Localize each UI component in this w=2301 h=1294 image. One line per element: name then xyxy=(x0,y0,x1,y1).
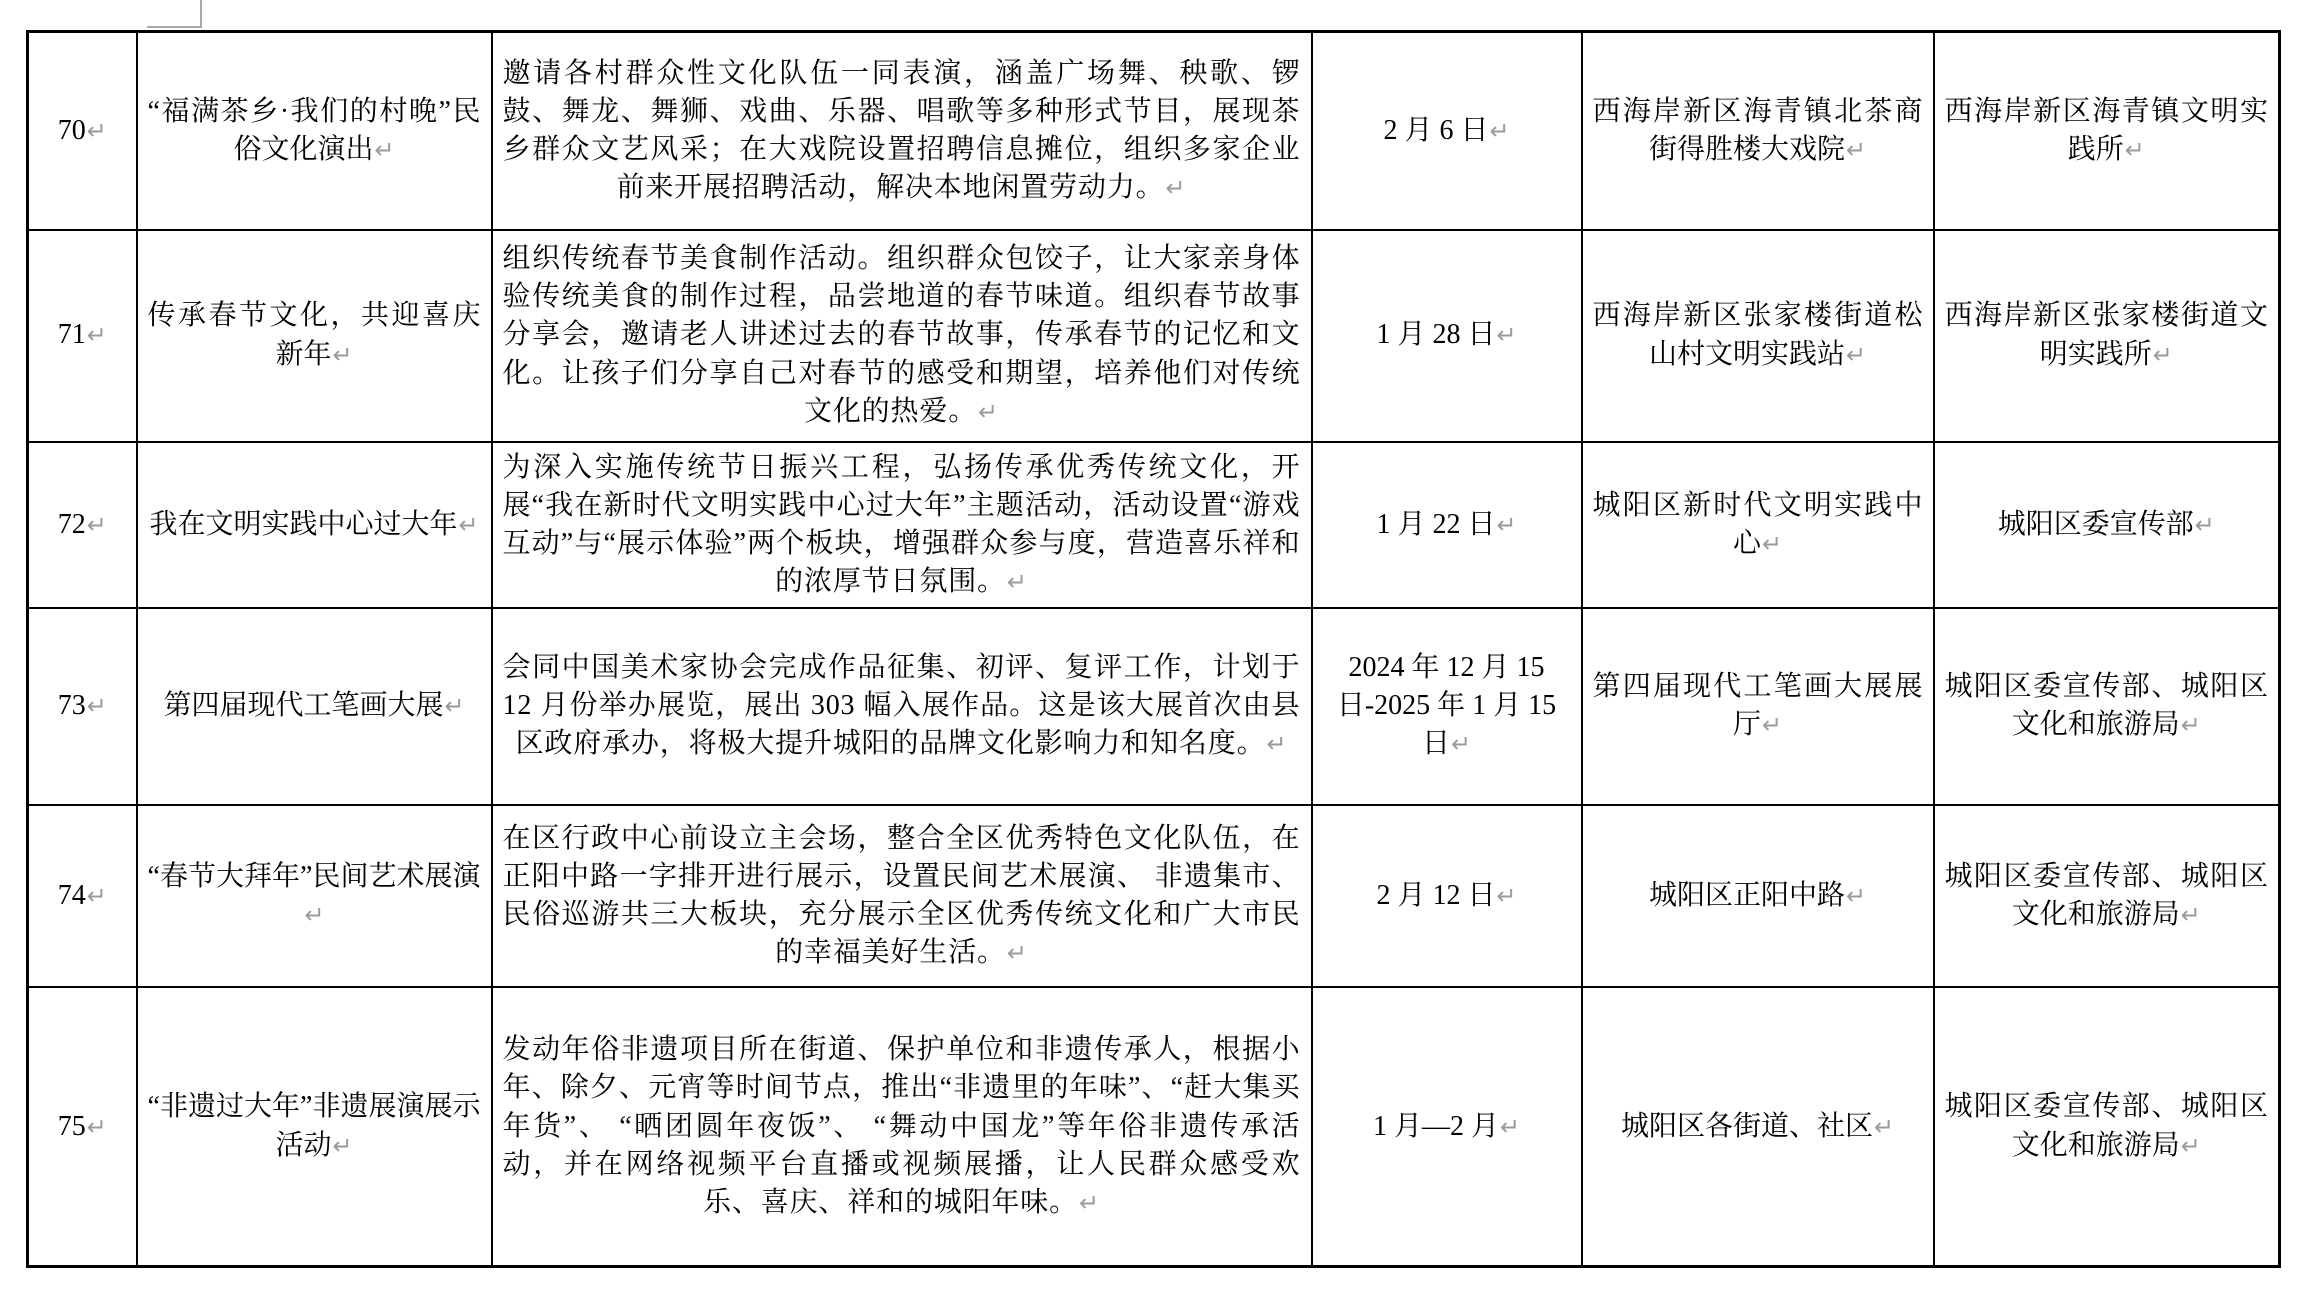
organizer-cell[interactable]: 城阳区委宣传部↵ xyxy=(1934,442,2280,608)
paragraph-mark: ↵ xyxy=(1495,882,1516,910)
row-number-text: 73 xyxy=(58,690,86,721)
paragraph-mark: ↵ xyxy=(2180,711,2201,739)
organizer-text: 城阳区委宣传部 xyxy=(1998,509,2194,540)
paragraph-mark: ↵ xyxy=(1845,136,1866,164)
paragraph-mark: ↵ xyxy=(977,398,999,426)
activity-name-text: 第四届现代工笔画大展 xyxy=(163,690,443,721)
paragraph-mark: ↵ xyxy=(2124,136,2145,164)
row-number-text: 72 xyxy=(58,509,86,540)
row-number-cell[interactable]: 75↵ xyxy=(28,987,137,1267)
paragraph-mark: ↵ xyxy=(86,117,107,145)
date-cell[interactable]: 2 月 6 日↵ xyxy=(1312,32,1582,230)
paragraph-mark: ↵ xyxy=(86,882,107,910)
activity-description-text: 在区行政中心前设立主会场，整合全区优秀特色文化队伍，在正阳中路一字排开进行展示，… xyxy=(503,823,1301,968)
activity-name-cell[interactable]: “福满茶乡·我们的村晚”民俗文化演出↵ xyxy=(137,32,492,230)
paragraph-mark: ↵ xyxy=(1499,1113,1520,1141)
page-break-gridline-mark-horizontal xyxy=(147,26,202,28)
organizer-text: 城阳区委宣传部、城阳区文化和旅游局 xyxy=(1945,671,2269,740)
row-number-cell[interactable]: 74↵ xyxy=(28,805,137,987)
date-text: 2024 年 12 月 15 日-2025 年 1 月 15 日 xyxy=(1337,652,1556,759)
row-number-cell[interactable]: 70↵ xyxy=(28,32,137,230)
paragraph-mark: ↵ xyxy=(1006,568,1028,596)
paragraph-mark: ↵ xyxy=(1495,511,1516,539)
activity-name-text: “福满茶乡·我们的村晚”民俗文化演出 xyxy=(148,96,481,165)
document-page: 70↵ “福满茶乡·我们的村晚”民俗文化演出↵ 邀请各村群众性文化队伍一同表演，… xyxy=(0,0,2301,1294)
paragraph-mark: ↵ xyxy=(1873,1113,1894,1141)
paragraph-mark: ↵ xyxy=(303,901,324,929)
organizer-text: 西海岸新区张家楼街道文明实践所 xyxy=(1945,300,2269,369)
paragraph-mark: ↵ xyxy=(2152,341,2173,369)
activity-description-text: 为深入实施传统节日振兴工程，弘扬传承优秀传统文化，开展“我在新时代文明实践中心过… xyxy=(503,452,1301,597)
activity-name-cell[interactable]: 我在文明实践中心过大年↵ xyxy=(137,442,492,608)
activity-name-text: 传承春节文化，共迎喜庆新年 xyxy=(148,300,481,369)
paragraph-mark: ↵ xyxy=(1845,341,1866,369)
activities-table: 70↵ “福满茶乡·我们的村晚”民俗文化演出↵ 邀请各村群众性文化队伍一同表演，… xyxy=(26,30,2281,1268)
paragraph-mark: ↵ xyxy=(1265,730,1287,758)
paragraph-mark: ↵ xyxy=(2180,1132,2201,1160)
activity-description-cell[interactable]: 发动年俗非遗项目所在街道、保护单位和非遗传承人，根据小年、除夕、元宵等时间节点，… xyxy=(492,987,1312,1267)
organizer-text: 城阳区委宣传部、城阳区文化和旅游局 xyxy=(1945,861,2269,930)
date-cell[interactable]: 2024 年 12 月 15 日-2025 年 1 月 15 日↵ xyxy=(1312,608,1582,805)
location-text: 城阳区新时代文明实践中心 xyxy=(1593,490,1923,559)
date-cell[interactable]: 2 月 12 日↵ xyxy=(1312,805,1582,987)
paragraph-mark: ↵ xyxy=(1165,174,1187,202)
organizer-cell[interactable]: 城阳区委宣传部、城阳区文化和旅游局↵ xyxy=(1934,805,2280,987)
location-text: 城阳区正阳中路 xyxy=(1649,880,1845,911)
organizer-cell[interactable]: 西海岸新区张家楼街道文明实践所↵ xyxy=(1934,230,2280,442)
location-text: 城阳区各街道、社区 xyxy=(1621,1111,1873,1142)
location-cell[interactable]: 第四届现代工笔画大展展厅↵ xyxy=(1582,608,1934,805)
paragraph-mark: ↵ xyxy=(1450,730,1471,758)
location-cell[interactable]: 城阳区各街道、社区↵ xyxy=(1582,987,1934,1267)
row-number-text: 75 xyxy=(58,1111,86,1142)
organizer-cell[interactable]: 西海岸新区海青镇文明实践所↵ xyxy=(1934,32,2280,230)
paragraph-mark: ↵ xyxy=(457,511,478,539)
paragraph-mark: ↵ xyxy=(331,341,352,369)
paragraph-mark: ↵ xyxy=(373,136,394,164)
table-row: 73↵ 第四届现代工笔画大展↵ 会同中国美术家协会完成作品征集、初评、复评工作，… xyxy=(28,608,2280,805)
paragraph-mark: ↵ xyxy=(1078,1189,1100,1217)
organizer-cell[interactable]: 城阳区委宣传部、城阳区文化和旅游局↵ xyxy=(1934,608,2280,805)
activity-name-text: 我在文明实践中心过大年 xyxy=(149,509,457,540)
organizer-cell[interactable]: 城阳区委宣传部、城阳区文化和旅游局↵ xyxy=(1934,987,2280,1267)
date-text: 2 月 12 日 xyxy=(1376,880,1495,911)
paragraph-mark: ↵ xyxy=(331,1132,352,1160)
activity-name-cell[interactable]: “非遗过大年”非遗展演展示活动↵ xyxy=(137,987,492,1267)
location-text: 西海岸新区海青镇北茶商街得胜楼大戏院 xyxy=(1593,96,1923,165)
paragraph-mark: ↵ xyxy=(1761,530,1782,558)
table-row: 71↵ 传承春节文化，共迎喜庆新年↵ 组织传统春节美食制作活动。组织群众包饺子，… xyxy=(28,230,2280,442)
table-row: 70↵ “福满茶乡·我们的村晚”民俗文化演出↵ 邀请各村群众性文化队伍一同表演，… xyxy=(28,32,2280,230)
row-number-text: 74 xyxy=(58,880,86,911)
date-text: 2 月 6 日 xyxy=(1383,115,1488,146)
organizer-text: 城阳区委宣传部、城阳区文化和旅游局 xyxy=(1945,1091,2269,1160)
row-number-cell[interactable]: 72↵ xyxy=(28,442,137,608)
activity-name-text: “非遗过大年”非遗展演展示活动 xyxy=(148,1091,481,1160)
paragraph-mark: ↵ xyxy=(86,321,107,349)
paragraph-mark: ↵ xyxy=(443,692,464,720)
activity-description-text: 发动年俗非遗项目所在街道、保护单位和非遗传承人，根据小年、除夕、元宵等时间节点，… xyxy=(503,1034,1301,1217)
date-cell[interactable]: 1 月 28 日↵ xyxy=(1312,230,1582,442)
location-cell[interactable]: 西海岸新区海青镇北茶商街得胜楼大戏院↵ xyxy=(1582,32,1934,230)
activity-description-text: 会同中国美术家协会完成作品征集、初评、复评工作，计划于 12 月份举办展览，展出… xyxy=(503,652,1301,759)
paragraph-mark: ↵ xyxy=(1845,882,1866,910)
activity-description-cell[interactable]: 邀请各村群众性文化队伍一同表演，涵盖广场舞、秧歌、锣鼓、舞龙、舞狮、戏曲、乐器、… xyxy=(492,32,1312,230)
table-row: 74↵ “春节大拜年”民间艺术展演↵ 在区行政中心前设立主会场，整合全区优秀特色… xyxy=(28,805,2280,987)
date-text: 1 月 28 日 xyxy=(1376,319,1495,350)
date-cell[interactable]: 1 月 22 日↵ xyxy=(1312,442,1582,608)
activity-description-cell[interactable]: 组织传统春节美食制作活动。组织群众包饺子，让大家亲身体验传统美食的制作过程，品尝… xyxy=(492,230,1312,442)
row-number-cell[interactable]: 71↵ xyxy=(28,230,137,442)
paragraph-mark: ↵ xyxy=(86,511,107,539)
activity-description-cell[interactable]: 会同中国美术家协会完成作品征集、初评、复评工作，计划于 12 月份举办展览，展出… xyxy=(492,608,1312,805)
date-text: 1 月—2 月 xyxy=(1373,1111,1499,1142)
row-number-text: 71 xyxy=(58,319,86,350)
paragraph-mark: ↵ xyxy=(2180,901,2201,929)
location-cell[interactable]: 城阳区正阳中路↵ xyxy=(1582,805,1934,987)
activity-description-text: 组织传统春节美食制作活动。组织群众包饺子，让大家亲身体验传统美食的制作过程，品尝… xyxy=(503,243,1301,426)
activity-description-cell[interactable]: 在区行政中心前设立主会场，整合全区优秀特色文化队伍，在正阳中路一字排开进行展示，… xyxy=(492,805,1312,987)
row-number-cell[interactable]: 73↵ xyxy=(28,608,137,805)
table-row: 75↵ “非遗过大年”非遗展演展示活动↵ 发动年俗非遗项目所在街道、保护单位和非… xyxy=(28,987,2280,1267)
location-text: 西海岸新区张家楼街道松山村文明实践站 xyxy=(1593,300,1923,369)
location-text: 第四届现代工笔画大展展厅 xyxy=(1593,671,1923,740)
date-text: 1 月 22 日 xyxy=(1376,509,1495,540)
location-cell[interactable]: 西海岸新区张家楼街道松山村文明实践站↵ xyxy=(1582,230,1934,442)
paragraph-mark: ↵ xyxy=(1006,939,1028,967)
activity-name-cell[interactable]: “春节大拜年”民间艺术展演↵ xyxy=(137,805,492,987)
activity-name-cell[interactable]: 第四届现代工笔画大展↵ xyxy=(137,608,492,805)
paragraph-mark: ↵ xyxy=(1495,321,1516,349)
activity-name-text: “春节大拜年”民间艺术展演 xyxy=(148,861,481,892)
paragraph-mark: ↵ xyxy=(1488,117,1509,145)
location-cell[interactable]: 城阳区新时代文明实践中心↵ xyxy=(1582,442,1934,608)
paragraph-mark: ↵ xyxy=(86,692,107,720)
page-break-gridline-mark-vertical xyxy=(200,0,202,28)
date-cell[interactable]: 1 月—2 月↵ xyxy=(1312,987,1582,1267)
row-number-text: 70 xyxy=(58,115,86,146)
organizer-text: 西海岸新区海青镇文明实践所 xyxy=(1945,96,2269,165)
paragraph-mark: ↵ xyxy=(1761,711,1782,739)
paragraph-mark: ↵ xyxy=(2194,511,2215,539)
activity-description-cell[interactable]: 为深入实施传统节日振兴工程，弘扬传承优秀传统文化，开展“我在新时代文明实践中心过… xyxy=(492,442,1312,608)
paragraph-mark: ↵ xyxy=(86,1113,107,1141)
activity-name-cell[interactable]: 传承春节文化，共迎喜庆新年↵ xyxy=(137,230,492,442)
table-row: 72↵ 我在文明实践中心过大年↵ 为深入实施传统节日振兴工程，弘扬传承优秀传统文… xyxy=(28,442,2280,608)
